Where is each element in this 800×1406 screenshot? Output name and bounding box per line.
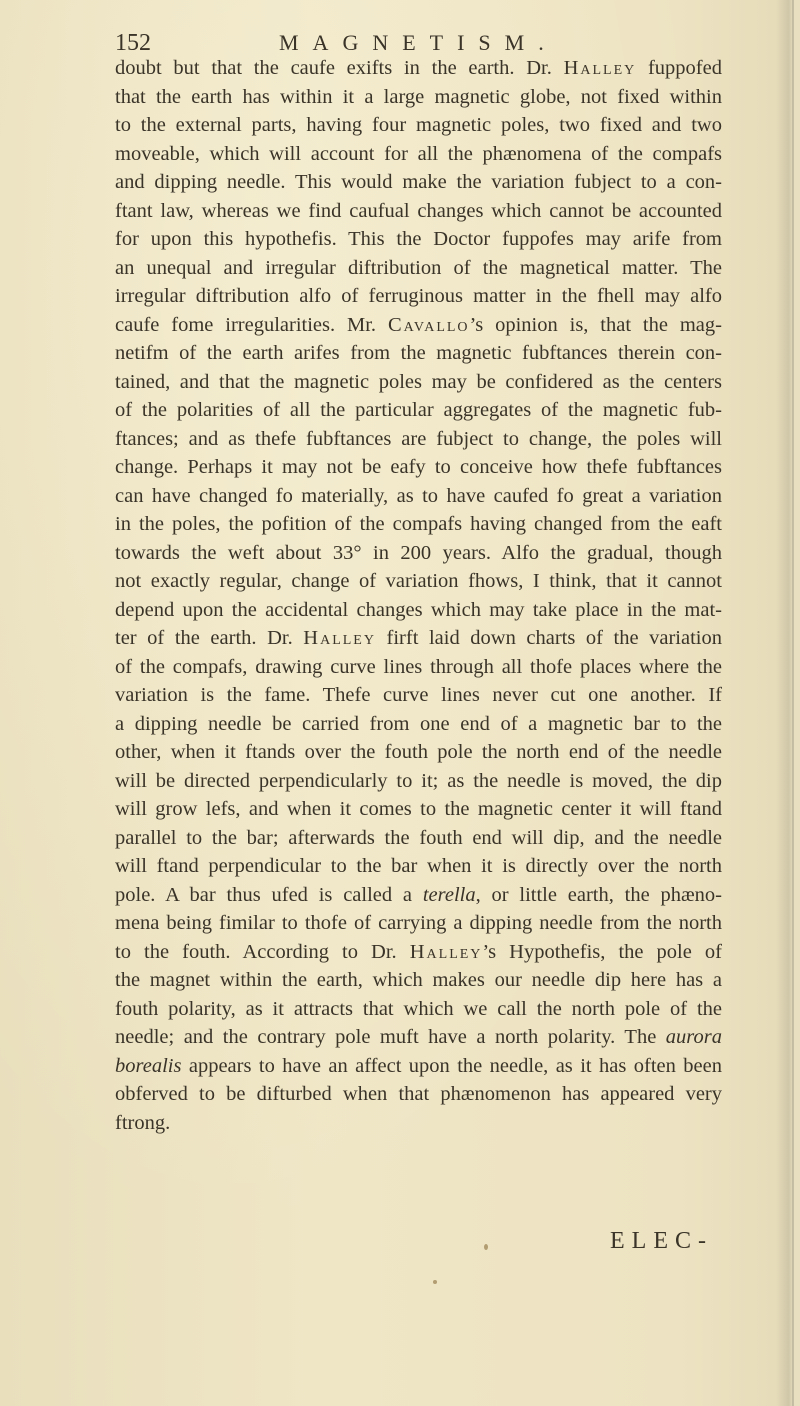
text-run: to the fouth. According to Dr. <box>115 941 410 963</box>
text-run: will grow lefs, and when it comes to the… <box>115 798 722 820</box>
italic-term: borealis <box>115 1055 181 1077</box>
text-run: other, when it ftands over the fouth pol… <box>115 741 722 763</box>
text-run: ftrong. <box>115 1112 170 1134</box>
text-line: will ftand perpendicular to the bar when… <box>115 852 722 881</box>
text-line: tained, and that the magnetic poles may … <box>115 368 722 397</box>
text-run: obferved to be difturbed when that phæno… <box>115 1083 722 1105</box>
text-line: that the earth has within it a large mag… <box>115 83 722 112</box>
running-head: MAGNETISM. <box>279 30 558 56</box>
text-line: in the poles, the pofition of the compaf… <box>115 510 722 539</box>
text-run: variation is the fame. Thefe curve lines… <box>115 684 722 706</box>
small-caps-name: Halley <box>410 941 483 963</box>
text-line: netifm of the earth arifes from the magn… <box>115 339 722 368</box>
text-run: irregular diftribution alfo of ferrugino… <box>115 285 722 307</box>
text-line: variation is the fame. Thefe curve lines… <box>115 681 722 710</box>
catchword: ELEC- <box>610 1228 713 1255</box>
text-run: tained, and that the magnetic poles may … <box>115 371 722 393</box>
body-text: doubt but that the caufe exifts in the e… <box>115 54 722 1137</box>
text-run: that the earth has within it a large mag… <box>115 86 722 108</box>
text-run: parallel to the bar; afterwards the fout… <box>115 827 722 849</box>
text-run: firft laid down charts of the variation <box>376 627 722 649</box>
text-run: an unequal and irregular diftribution of… <box>115 257 722 279</box>
text-line: of the polarities of all the particular … <box>115 396 722 425</box>
text-line: the magnet within the earth, which makes… <box>115 966 722 995</box>
text-line: a dipping needle be carried from one end… <box>115 710 722 739</box>
text-run: of the compafs, drawing curve lines thro… <box>115 656 722 678</box>
text-run: ftances; and as thefe fubftances are fub… <box>115 428 722 450</box>
text-run: a dipping needle be carried from one end… <box>115 713 722 735</box>
text-run: of the polarities of all the particular … <box>115 399 722 421</box>
text-line: ter of the earth. Dr. Halley firft laid … <box>115 624 722 653</box>
text-line: and dipping needle. This would make the … <box>115 168 722 197</box>
text-line: to the external parts, having four magne… <box>115 111 722 140</box>
text-run: moveable, which will account for all the… <box>115 143 722 165</box>
small-caps-name: Halley <box>564 57 637 79</box>
text-line: change. Perhaps it may not be eafy to co… <box>115 453 722 482</box>
small-caps-name: Halley <box>303 627 376 649</box>
text-run: ter of the earth. Dr. <box>115 627 303 649</box>
text-line: caufe fome irregularities. Mr. Cavallo’s… <box>115 311 722 340</box>
text-run: pole. A bar thus ufed is called a <box>115 884 423 906</box>
text-run: change. Perhaps it may not be eafy to co… <box>115 456 722 478</box>
text-run: for upon this hypothefis. This the Docto… <box>115 228 722 250</box>
text-run: to the external parts, having four magne… <box>115 114 722 136</box>
text-line: parallel to the bar; afterwards the fout… <box>115 824 722 853</box>
page-edge <box>792 0 794 1406</box>
text-line: mena being fimilar to thofe of carrying … <box>115 909 722 938</box>
page-number: 152 <box>115 30 151 57</box>
text-run: can have changed fo materially, as to ha… <box>115 485 722 507</box>
text-line: an unequal and irregular diftribution of… <box>115 254 722 283</box>
text-run: fuppofed <box>636 57 722 79</box>
text-line: fouth polarity, as it attracts that whic… <box>115 995 722 1024</box>
text-run: the magnet within the earth, which makes… <box>115 969 722 991</box>
text-run: , or little earth, the phæno- <box>476 884 722 906</box>
text-run: doubt but that the caufe exifts in the e… <box>115 57 564 79</box>
text-line: towards the weft about 33° in 200 years.… <box>115 539 722 568</box>
text-run: will ftand perpendicular to the bar when… <box>115 855 722 877</box>
italic-term: terella <box>423 884 476 906</box>
text-line: for upon this hypothefis. This the Docto… <box>115 225 722 254</box>
text-line: borealis appears to have an affect upon … <box>115 1052 722 1081</box>
text-run: depend upon the accidental changes which… <box>115 599 722 621</box>
text-line: irregular diftribution alfo of ferrugino… <box>115 282 722 311</box>
text-line: ftances; and as thefe fubftances are fub… <box>115 425 722 454</box>
ink-speck <box>484 1244 488 1250</box>
text-run: ’s Hypothefis, the pole of <box>482 941 722 963</box>
text-line: will be directed perpendicularly to it; … <box>115 767 722 796</box>
text-line: will grow lefs, and when it comes to the… <box>115 795 722 824</box>
small-caps-name: Cavallo <box>388 314 470 336</box>
text-line: ftrong. <box>115 1109 722 1138</box>
text-line: obferved to be difturbed when that phæno… <box>115 1080 722 1109</box>
text-line: depend upon the accidental changes which… <box>115 596 722 625</box>
text-line: moveable, which will account for all the… <box>115 140 722 169</box>
text-line: to the fouth. According to Dr. Halley’s … <box>115 938 722 967</box>
ink-speck <box>433 1280 437 1284</box>
text-line: not exactly regular, change of variation… <box>115 567 722 596</box>
text-run: ’s opinion is, that the mag- <box>470 314 722 336</box>
text-line: other, when it ftands over the fouth pol… <box>115 738 722 767</box>
text-line: ftant law, whereas we find caufual chang… <box>115 197 722 226</box>
text-run: and dipping needle. This would make the … <box>115 171 722 193</box>
text-line: doubt but that the caufe exifts in the e… <box>115 54 722 83</box>
text-run: mena being fimilar to thofe of carrying … <box>115 912 722 934</box>
text-run: not exactly regular, change of variation… <box>115 570 722 592</box>
text-line: pole. A bar thus ufed is called a terell… <box>115 881 722 910</box>
text-run: netifm of the earth arifes from the magn… <box>115 342 722 364</box>
text-run: ftant law, whereas we find caufual chang… <box>115 200 722 222</box>
text-run: needle; and the contrary pole muft have … <box>115 1026 666 1048</box>
text-run: in the poles, the pofition of the compaf… <box>115 513 722 535</box>
text-run: appears to have an affect upon the needl… <box>181 1055 722 1077</box>
text-line: of the compafs, drawing curve lines thro… <box>115 653 722 682</box>
italic-term: aurora <box>666 1026 722 1048</box>
text-run: towards the weft about 33° in 200 years.… <box>115 542 722 564</box>
text-line: can have changed fo materially, as to ha… <box>115 482 722 511</box>
text-run: will be directed perpendicularly to it; … <box>115 770 722 792</box>
text-run: fouth polarity, as it attracts that whic… <box>115 998 722 1020</box>
text-line: needle; and the contrary pole muft have … <box>115 1023 722 1052</box>
text-run: caufe fome irregularities. Mr. <box>115 314 388 336</box>
